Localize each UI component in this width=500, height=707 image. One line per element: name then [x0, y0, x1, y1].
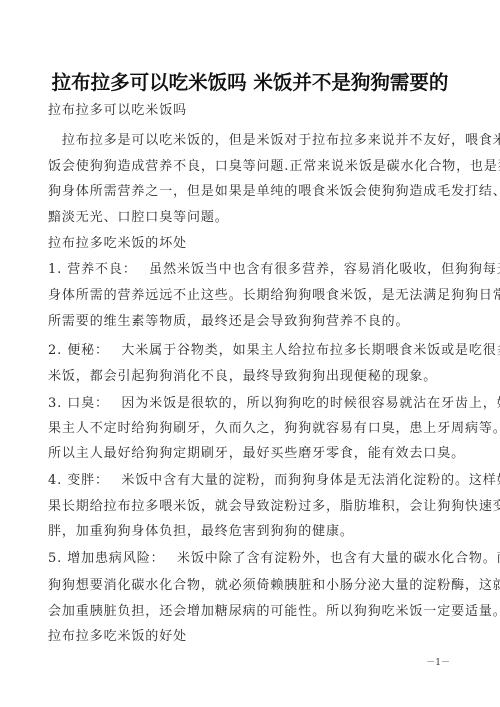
document-page: 拉布拉多可以吃米饭吗 米饭并不是狗狗需要的 拉布拉多可以吃米饭吗 拉布拉多是可以…	[0, 0, 500, 707]
list-item-line: 2. 便秘： 大米属于谷物类，如果主人给拉布拉多长期喂食米饭或是吃很多	[48, 343, 448, 359]
paragraph-line: 狗身体所需营养之一，但是如果是单纯的喂食米饭会使狗狗造成毛发打结、	[48, 184, 448, 200]
list-item-line: 胖，加重狗狗身体负担，最终危害到狗狗的健康。	[48, 524, 448, 540]
paragraph-line: 黯淡无光、口腔口臭等问题。	[48, 210, 448, 226]
list-item-line: 4. 变胖： 米饭中含有大量的淀粉，而狗狗身体是无法消化淀粉的。这样如	[48, 473, 448, 489]
section-heading: 拉布拉多吃米饭的好处	[48, 629, 448, 645]
list-item-line: 米饭，都会引起狗狗消化不良，最终导致狗狗出现便秘的现象。	[48, 369, 448, 385]
list-item-line: 果主人不定时给狗狗刷牙，久而久之，狗狗就容易有口臭，患上牙周病等。	[48, 421, 448, 437]
list-item-line: 5. 增加患病风险： 米饭中除了含有淀粉外，也含有大量的碳水化合物。而	[48, 551, 448, 567]
page-number: －1－	[420, 655, 450, 668]
paragraph-line: 拉布拉多是可以吃米饭的，但是米饭对于拉布拉多来说并不友好，喂食米	[48, 133, 448, 149]
list-item-line: 果长期给拉布拉多喂米饭，就会导致淀粉过多，脂肪堆积，会让狗狗快速变	[48, 499, 448, 515]
section-heading: 拉布拉多吃米饭的坏处	[48, 236, 448, 252]
list-item-line: 所以主人最好给狗狗定期刷牙，最好买些磨牙零食，能有效去口臭。	[48, 446, 448, 462]
paragraph-line: 饭会使狗狗造成营养不良，口臭等问题.正常来说米饭是碳水化合物，也是狗	[48, 159, 448, 175]
list-item-line: 身体所需的营养远远不止这些。长期给狗狗喂食米饭，是无法满足狗狗日常	[48, 288, 448, 304]
list-item-line: 会加重胰脏负担，还会增加糖尿病的可能性。所以狗狗吃米饭一定要适量。	[48, 604, 448, 620]
list-item-line: 3. 口臭： 因为米饭是很软的，所以狗狗吃的时候很容易就沾在牙齿上，如	[48, 396, 448, 412]
list-item-line: 1. 营养不良： 虽然米饭当中也含有很多营养，容易消化吸收，但狗狗每天	[48, 262, 448, 278]
section-heading: 拉布拉多可以吃米饭吗	[48, 103, 448, 119]
list-item-line: 所需要的维生素等物质，最终还是会导致狗狗营养不良的。	[48, 314, 448, 330]
list-item-line: 狗狗想要消化碳水化合物，就必须倚赖胰脏和小肠分泌大量的淀粉酶，这就	[48, 578, 448, 594]
document-title: 拉布拉多可以吃米饭吗 米饭并不是狗狗需要的	[0, 67, 500, 95]
